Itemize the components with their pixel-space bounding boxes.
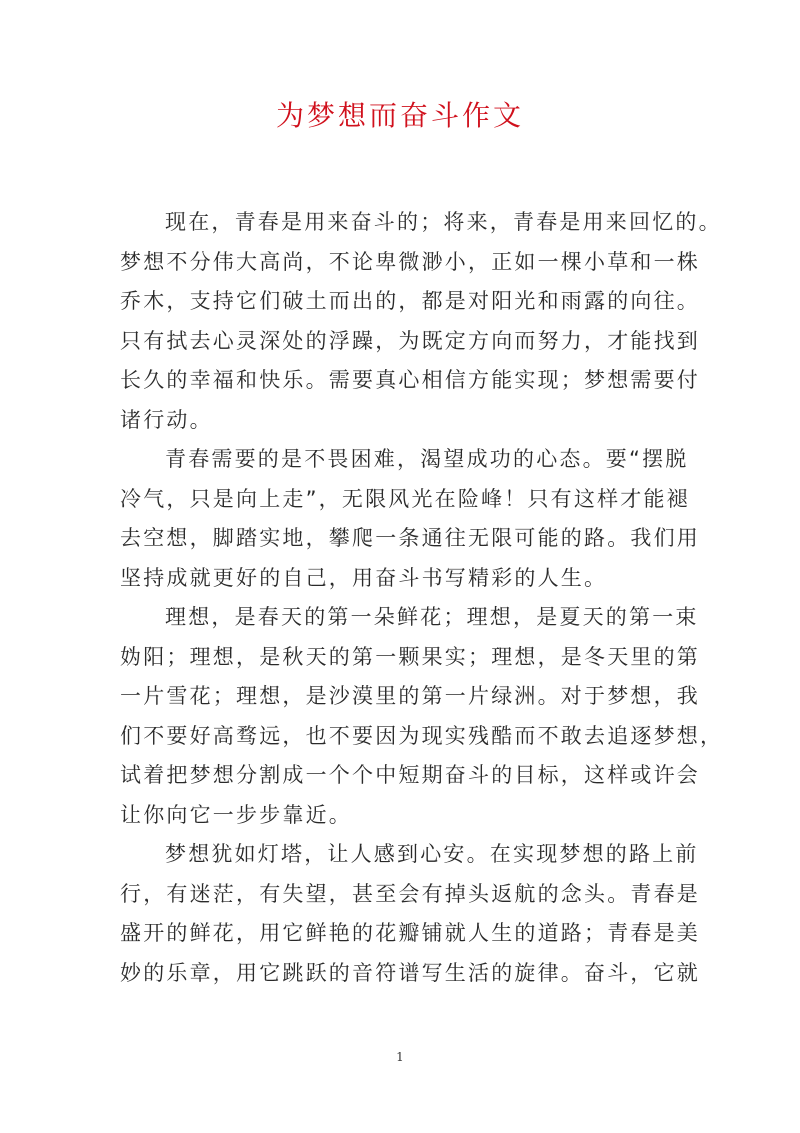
text-line: 只有拭去心灵深处的浮躁，为既定方向而努力，才能找到 (120, 322, 682, 362)
paragraph-2: 青春需要的是不畏困难，渴望成功的心态。要“摆脱 冷气，只是向上走”，无限风光在险… (120, 440, 682, 598)
text-line: 现在，青春是用来奋斗的；将来，青春是用来回忆的。 (120, 203, 682, 243)
text-line: 长久的幸福和快乐。需要真心相信方能实现；梦想需要付 (120, 361, 682, 401)
document-body: 现在，青春是用来奋斗的；将来，青春是用来回忆的。 梦想不分伟大高尚，不论卑微渺小… (120, 203, 682, 993)
text-line: 理想，是春天的第一朵鲜花；理想，是夏天的第一束 (120, 598, 682, 638)
text-line: 冷气，只是向上走”，无限风光在险峰！只有这样才能褪 (120, 480, 682, 520)
text-line: 青春需要的是不畏困难，渴望成功的心态。要“摆脱 (120, 440, 682, 480)
text-line: 梦想不分伟大高尚，不论卑微渺小，正如一棵小草和一株 (120, 243, 682, 283)
text-line: 让你向它一步步靠近。 (120, 796, 682, 836)
text-line: 坚持成就更好的自己，用奋斗书写精彩的人生。 (120, 559, 682, 599)
page-number: 1 (0, 1050, 800, 1064)
text-line: 行，有迷茫，有失望，甚至会有掉头返航的念头。青春是 (120, 875, 682, 915)
text-line: 去空想，脚踏实地，攀爬一条通往无限可能的路。我们用 (120, 519, 682, 559)
text-line: 梦想犹如灯塔，让人感到心安。在实现梦想的路上前 (120, 835, 682, 875)
paragraph-1: 现在，青春是用来奋斗的；将来，青春是用来回忆的。 梦想不分伟大高尚，不论卑微渺小… (120, 203, 682, 440)
text-line: 妫阳；理想，是秋天的第一颗果实；理想，是冬天里的第 (120, 638, 682, 678)
text-line: 妙的乐章，用它跳跃的音符谱写生活的旋律。奋斗，它就 (120, 954, 682, 994)
paragraph-4: 梦想犹如灯塔，让人感到心安。在实现梦想的路上前 行，有迷茫，有失望，甚至会有掉头… (120, 835, 682, 993)
text-line: 们不要好高骛远，也不要因为现实残酷而不敢去追逐梦想， (120, 717, 682, 757)
text-line: 一片雪花；理想，是沙漠里的第一片绿洲。对于梦想，我 (120, 677, 682, 717)
document-title: 为梦想而奋斗作文 (0, 94, 800, 138)
text-line: 试着把梦想分割成一个个中短期奋斗的目标，这样或许会 (120, 756, 682, 796)
paragraph-3: 理想，是春天的第一朵鲜花；理想，是夏天的第一束 妫阳；理想，是秋天的第一颗果实；… (120, 598, 682, 835)
text-line: 盛开的鲜花，用它鲜艳的花瓣铺就人生的道路；青春是美 (120, 914, 682, 954)
text-line: 诸行动。 (120, 401, 682, 441)
document-page: 为梦想而奋斗作文 现在，青春是用来奋斗的；将来，青春是用来回忆的。 梦想不分伟大… (0, 0, 800, 1133)
text-line: 乔木，支持它们破土而出的，都是对阳光和雨露的向往。 (120, 282, 682, 322)
